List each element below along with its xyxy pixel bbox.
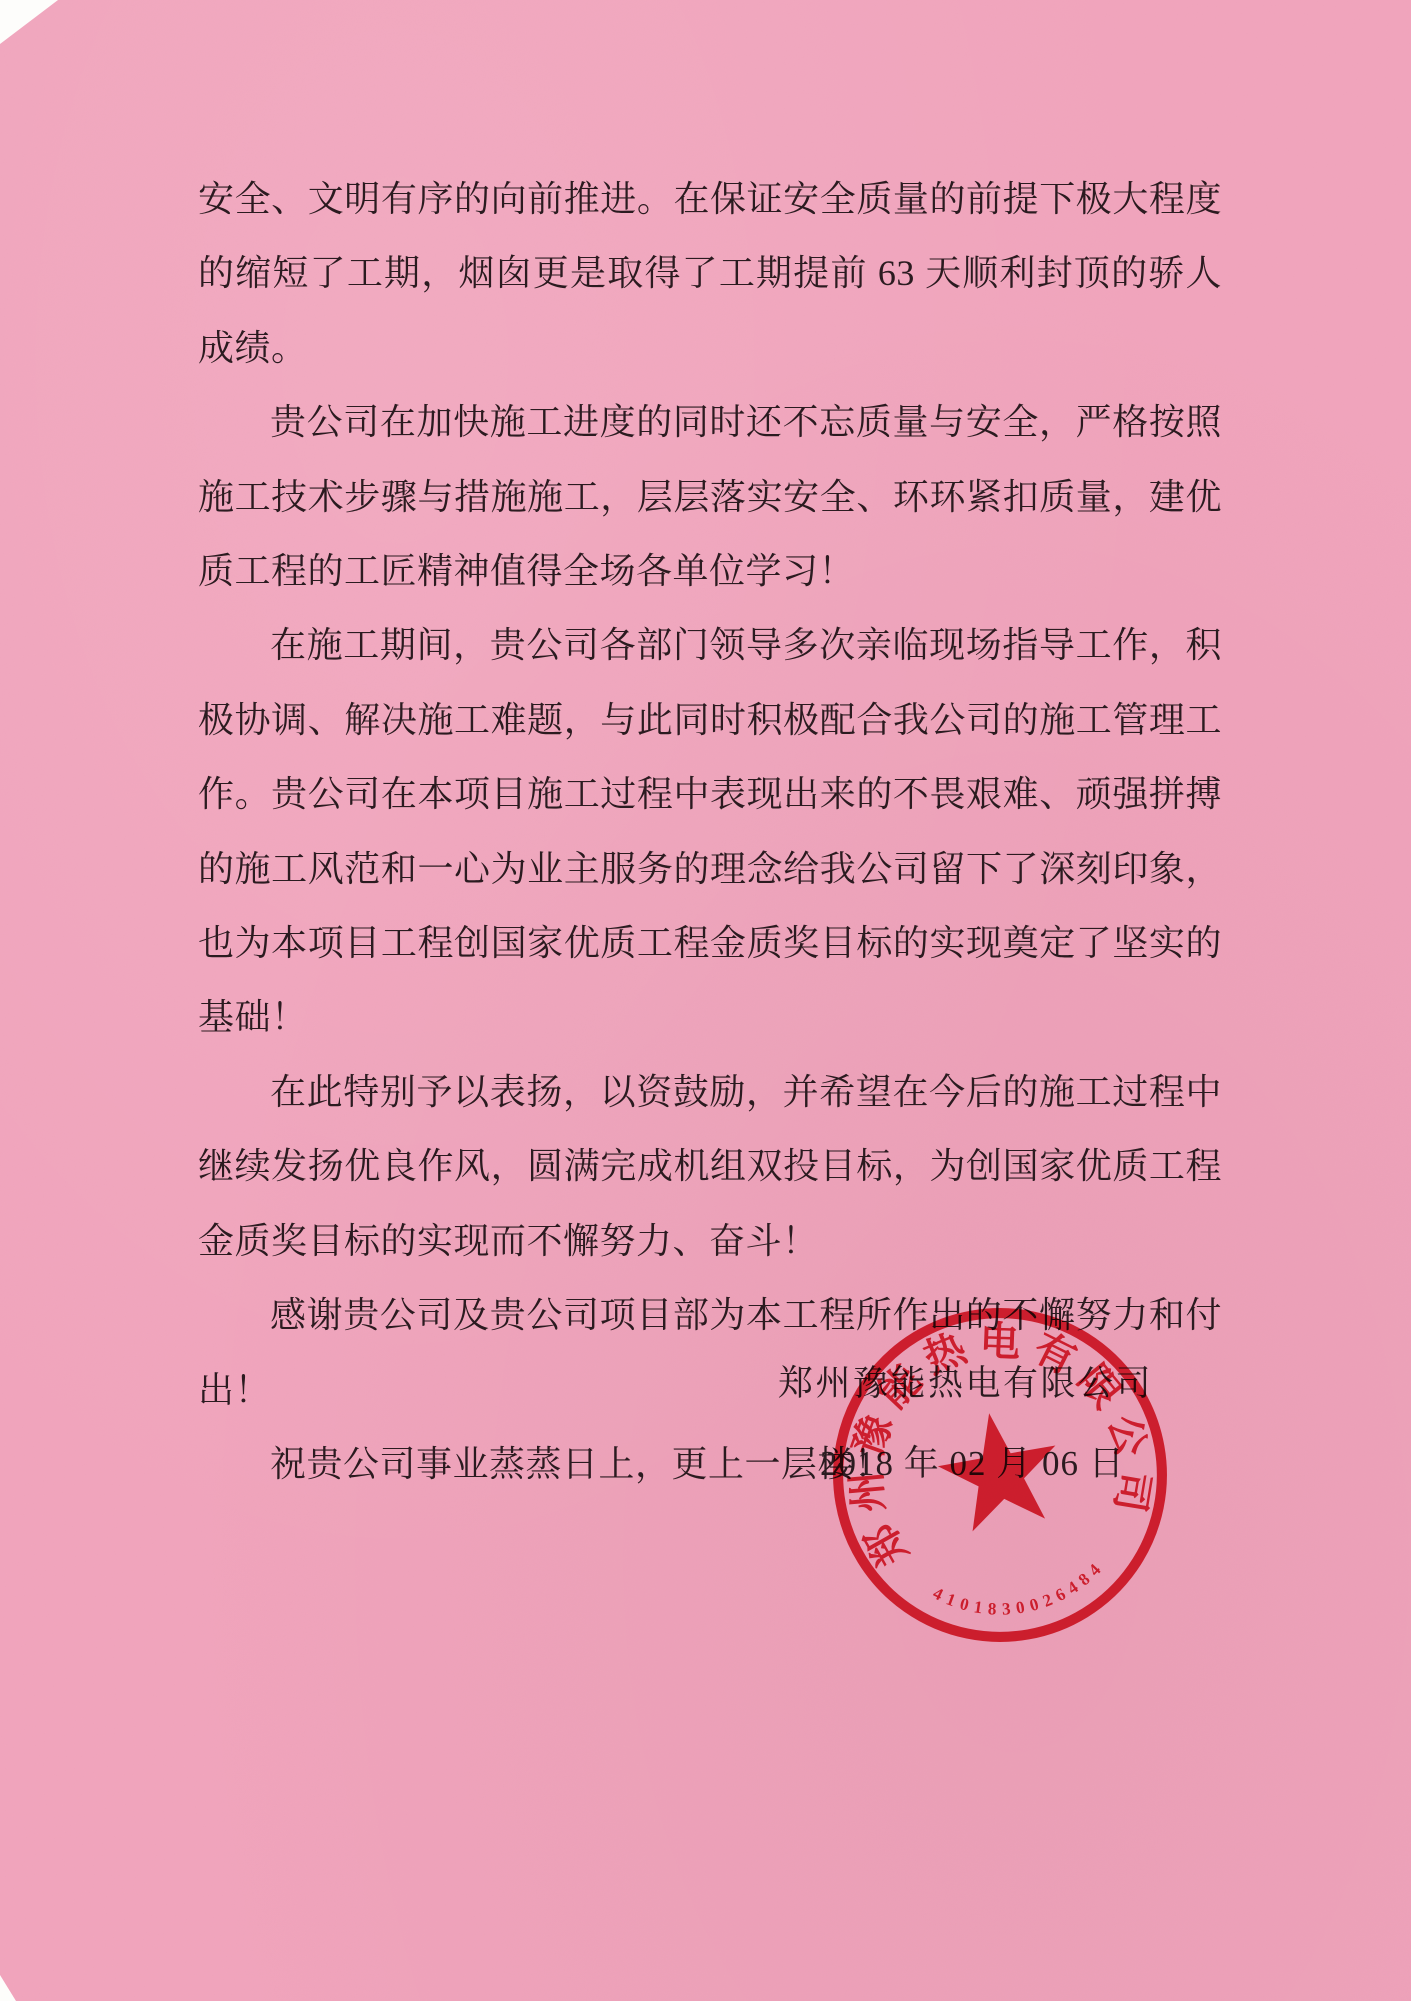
seal-code: 4101830026484 — [927, 1554, 1114, 1632]
paragraph: 贵公司在加快施工进度的同时还不忘质量与安全，严格按照施工技术步骤与措施施工，层层… — [198, 385, 1222, 608]
scanned-letter-page: 安全、文明有序的向前推进。在保证安全质量的前提下极大程度的缩短了工期，烟囱更是取… — [0, 0, 1411, 2001]
company-seal: 郑州豫能热电有限公司 4101830026484 — [828, 1303, 1172, 1647]
paragraph: 安全、文明有序的向前推进。在保证安全质量的前提下极大程度的缩短了工期，烟囱更是取… — [198, 162, 1222, 385]
scan-corner-artifact-bottom-left — [0, 1975, 16, 2001]
scan-corner-artifact-top-left — [0, 0, 58, 44]
seal-star — [930, 1403, 1067, 1536]
paragraph: 在此特别予以表扬，以资鼓励，并希望在今后的施工过程中继续发扬优良作风，圆满完成机… — [198, 1055, 1222, 1278]
svg-text:4101830026484: 4101830026484 — [927, 1554, 1114, 1632]
letter-body: 安全、文明有序的向前推进。在保证安全质量的前提下极大程度的缩短了工期，烟囱更是取… — [198, 162, 1222, 1501]
paragraph: 在施工期间，贵公司各部门领导多次亲临现场指导工作，积极协调、解决施工难题，与此同… — [198, 608, 1222, 1054]
